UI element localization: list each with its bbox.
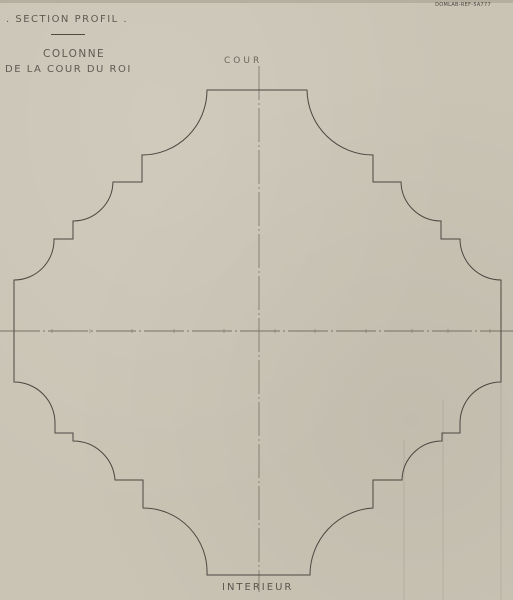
column-section-drawing: [0, 0, 513, 600]
faint-guide-lines: [14, 300, 501, 600]
column-profile-outline: [14, 90, 501, 575]
orientation-label-top: COUR: [224, 56, 262, 66]
drawing-subtitle-location: DE LA COUR DU ROI: [5, 64, 132, 75]
drawing-subtitle-colonne: COLONNE: [43, 48, 105, 60]
reference-code: DOMLAB-REF-5A777: [435, 2, 491, 8]
drawing-title: . SECTION PROFIL .: [6, 14, 128, 25]
title-underline: [51, 34, 85, 35]
orientation-label-bottom: INTERIEUR: [222, 582, 293, 593]
